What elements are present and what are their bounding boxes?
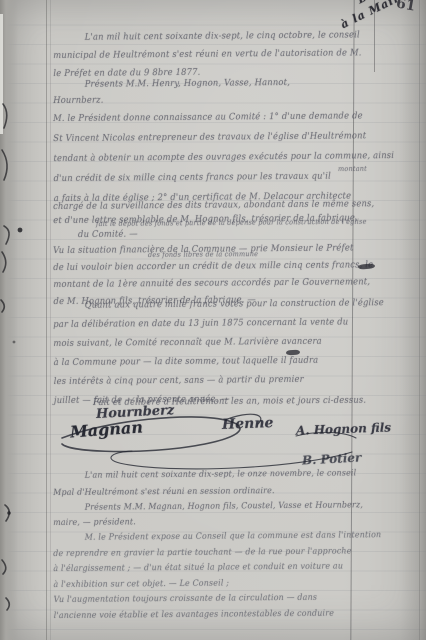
right-edge-line bbox=[419, 0, 420, 640]
paragraph-session-opening: L'an mil huit cent soixante dix-sept, le… bbox=[53, 26, 362, 83]
paragraph-quatre-mille-francs: Quant aux quatre mille francs votés pour… bbox=[53, 294, 385, 411]
manuscript-line: l'ancienne voie établie et les avantages… bbox=[54, 606, 382, 624]
interline-note-fonds: des fonds libres de la commune bbox=[148, 250, 258, 259]
manuscript-line: Présents M.M. Henry, Hognon, Vasse, Hann… bbox=[53, 75, 290, 93]
manuscript-line: L'an mil huit cent soixante dix-sept, le… bbox=[53, 465, 356, 485]
left-margin-line-2 bbox=[50, 0, 51, 640]
paragraph-president-report: M. le Président donne connaissance au Co… bbox=[53, 106, 395, 209]
page-edge bbox=[0, 14, 3, 134]
manuscript-line: municipal de Heultrémont s'est réuni en … bbox=[53, 44, 362, 65]
interline-note-montant: montant bbox=[338, 165, 367, 173]
manuscript-page: 61 Déposé à la Mairie L'an mil huit cent… bbox=[0, 0, 426, 640]
paragraph-second-session: L'an mil huit cent soixante dix-sept, le… bbox=[53, 465, 357, 502]
signature-henne: Henne bbox=[222, 415, 274, 433]
paragraph-members-present: Présents M.M. Henry, Hognon, Vasse, Hann… bbox=[53, 75, 290, 109]
paragraph-comite-end: du Comité. — bbox=[78, 229, 138, 240]
left-margin-line bbox=[46, 0, 47, 640]
paragraph-second-present: Présents M.M. Magnan, Hognon fils, Coust… bbox=[53, 498, 363, 531]
manuscript-line: montant de la 1ère annuité des secours a… bbox=[53, 274, 373, 294]
manuscript-line: Présents M.M. Magnan, Hognon fils, Coust… bbox=[53, 498, 363, 516]
manuscript-line: par la délibération en date du 13 juin 1… bbox=[53, 313, 384, 335]
manuscript-line: à l'élargissement ; — d'un état situé la… bbox=[53, 559, 381, 577]
paragraph-second-report: M. le Président expose au Conseil que la… bbox=[53, 528, 382, 624]
